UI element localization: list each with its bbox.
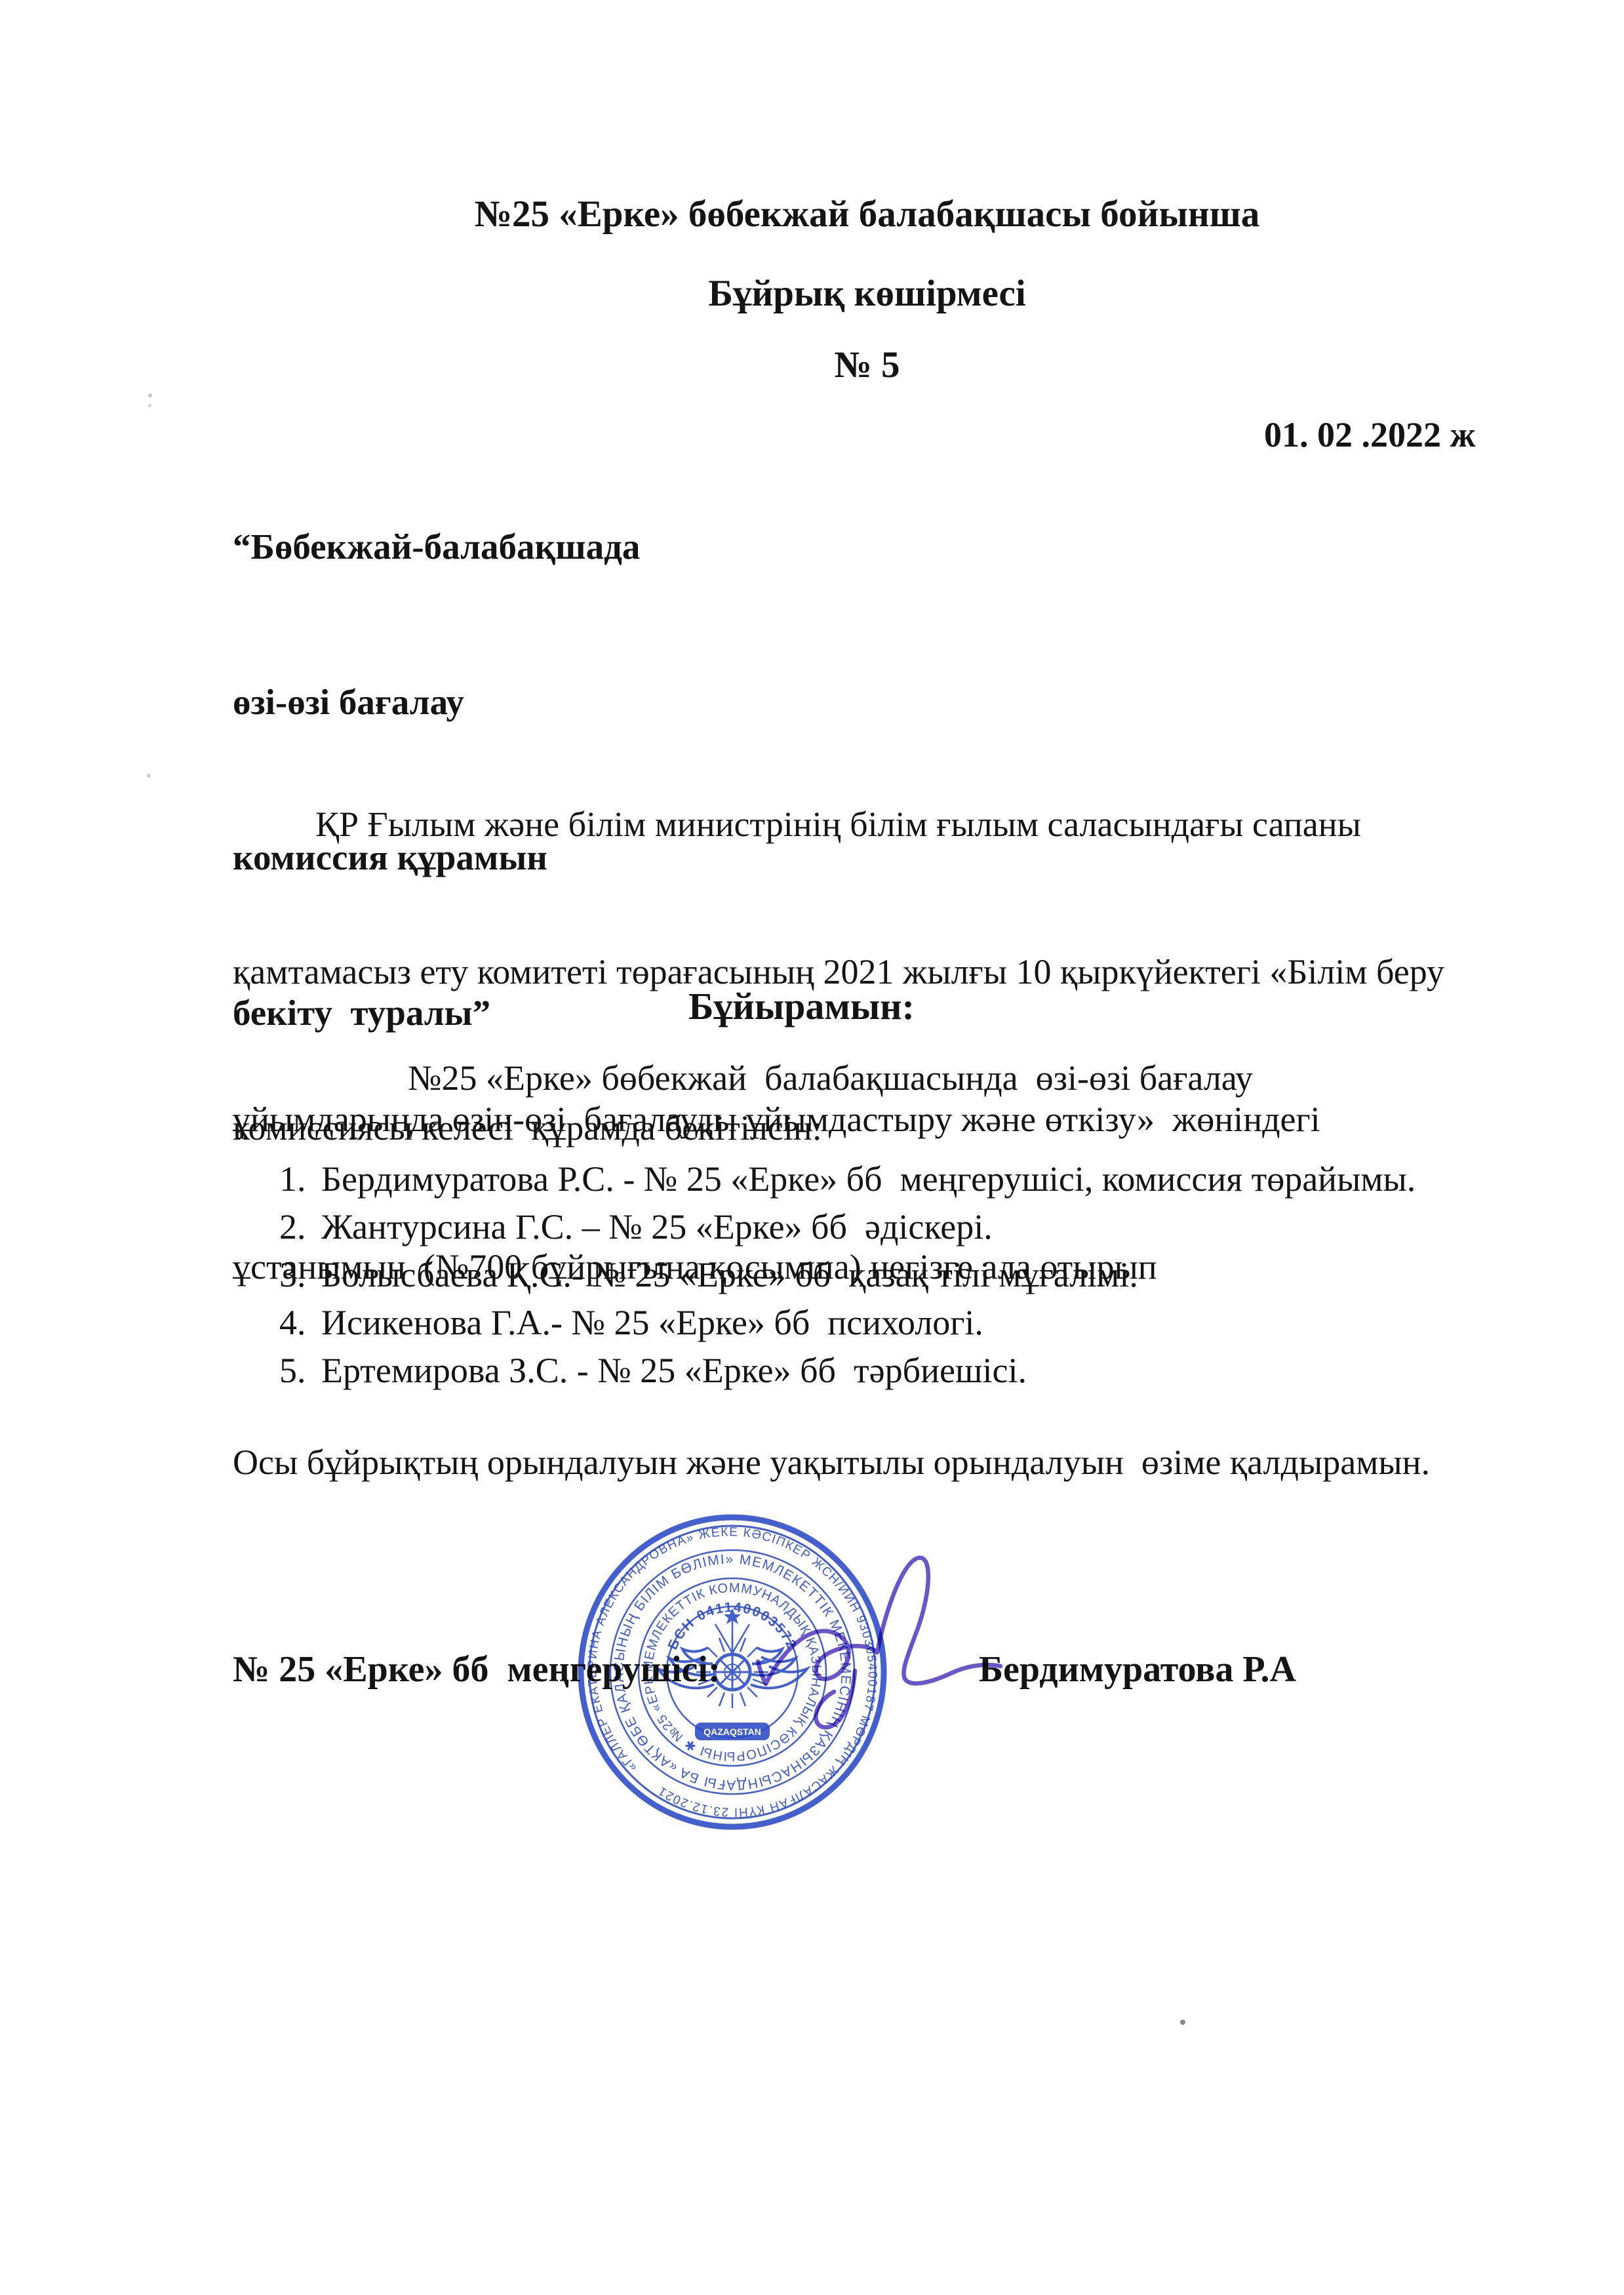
member-text: Ертемирова З.С. - № 25 «Ерке» бб тәрбиеш…	[321, 1353, 1027, 1388]
member-list-item: 5.Ертемирова З.С. - № 25 «Ерке» бб тәрби…	[279, 1353, 1027, 1388]
resolution-intro-line1: №25 «Ерке» бөбекжай балабақшасында өзі-ө…	[408, 1060, 1253, 1096]
document-title-line1: №25 «Ерке» бөбекжай балабақшасы бойынша	[233, 195, 1501, 233]
signature-stroke-loop	[877, 1558, 1000, 1684]
order-number: № 5	[233, 346, 1501, 384]
member-number: 2.	[279, 1209, 321, 1245]
scan-artifact	[1180, 2020, 1185, 2025]
scan-artifact	[147, 774, 151, 778]
scan-artifact	[148, 393, 152, 397]
preamble-line: ҚР Ғылым және білім министрінің білім ғы…	[233, 800, 1444, 849]
handwritten-signature	[740, 1533, 1021, 1759]
subject-line: “Бөбекжай-балабақшада	[233, 521, 640, 572]
member-number: 3.	[279, 1257, 321, 1292]
order-date: 01. 02 .2022 ж	[1264, 417, 1476, 452]
member-text: Бердимуратова Р.С. - № 25 «Ерке» бб меңг…	[321, 1161, 1416, 1197]
signatory-name: Бердимуратова Р.А	[979, 1651, 1296, 1688]
resolution-heading: Бұйырамын:	[167, 988, 1436, 1026]
member-list-item: 1.Бердимуратова Р.С. - № 25 «Ерке» бб ме…	[279, 1161, 1416, 1197]
scan-artifact	[148, 404, 151, 407]
resolution-intro-line2: комиссиясы келесі құрамда бекітілсін:	[233, 1110, 822, 1146]
member-list-item: 4.Исикенова Г.А.- № 25 «Ерке» бб психоло…	[279, 1305, 983, 1340]
order-document-page: №25 «Ерке» бөбекжай балабақшасы бойынша …	[0, 0, 1624, 2295]
member-list-item: 2.Жантурсина Г.С. – № 25 «Ерке» бб әдіск…	[279, 1209, 993, 1245]
member-number: 1.	[279, 1161, 321, 1197]
member-text: Болысбаева Қ.С.- № 25 «Ерке» бб қазақ ті…	[321, 1257, 1138, 1292]
member-text: Жантурсина Г.С. – № 25 «Ерке» бб әдіскер…	[321, 1209, 993, 1245]
member-text: Исикенова Г.А.- № 25 «Ерке» бб психологі…	[321, 1305, 983, 1340]
document-title-line2: Бұйрық көшірмесі	[233, 275, 1501, 312]
closing-statement: Осы бұйрықтың орындалуын және уақытылы о…	[233, 1445, 1430, 1480]
member-number: 5.	[279, 1353, 321, 1388]
member-number: 4.	[279, 1305, 321, 1340]
signature-stroke-main	[758, 1631, 877, 1684]
member-list-item: 3.Болысбаева Қ.С.- № 25 «Ерке» бб қазақ …	[279, 1257, 1138, 1292]
